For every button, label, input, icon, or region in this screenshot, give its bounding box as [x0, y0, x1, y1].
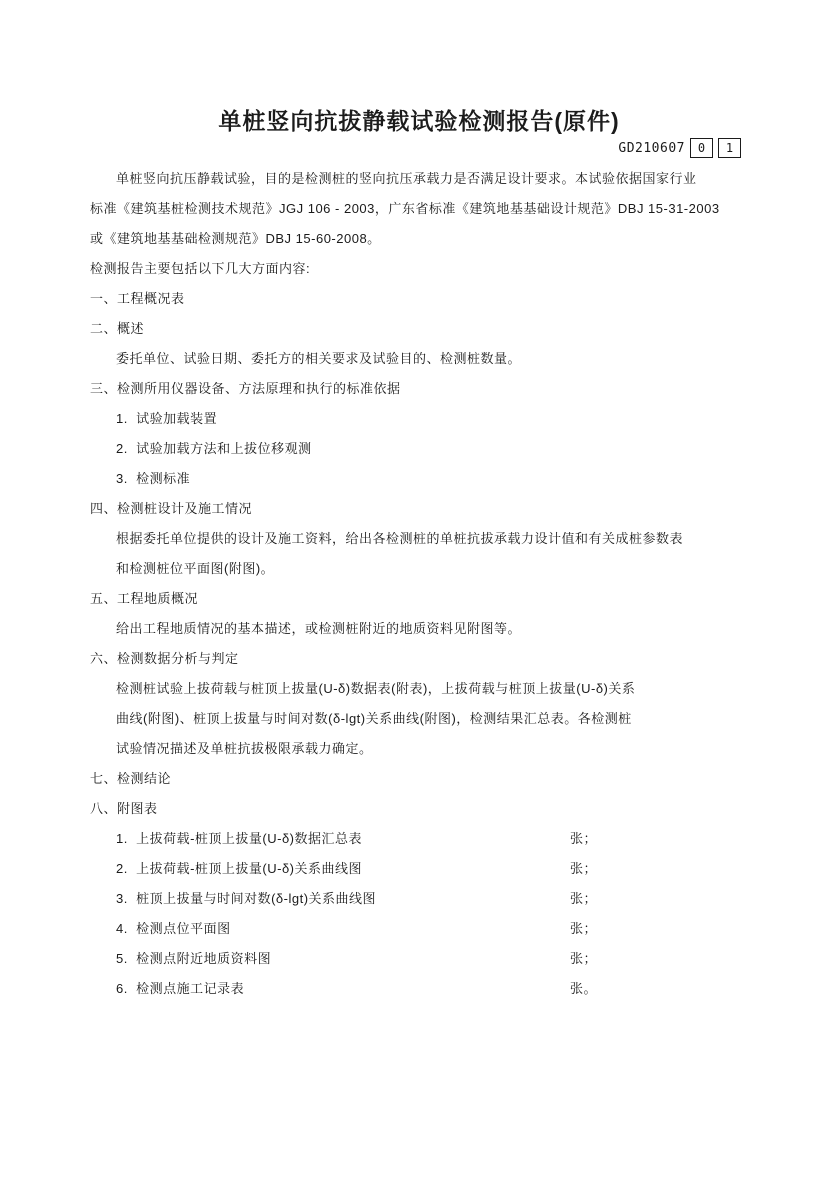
section-4-body-2: 和检测桩位平面图(附图)。 — [90, 552, 752, 582]
intro-line-1: 单桩竖向抗压静载试验，目的是检测桩的竖向抗压承载力是否满足设计要求。本试验依据国… — [90, 162, 752, 192]
report-number-box-right: 1 — [718, 138, 741, 158]
section-6-body-1: 检测桩试验上拔荷载与桩顶上拔量(U-δ)数据表(附表)，上拔荷载与桩顶上拔量(U… — [90, 672, 752, 702]
report-title: 单桩竖向抗拔静载试验检测报告(原件) — [0, 103, 838, 136]
contents-lead: 检测报告主要包括以下几大方面内容: — [90, 252, 752, 282]
attachment-label: 2. 上拔荷载-桩顶上拔量(U-δ)关系曲线图 — [116, 858, 362, 877]
intro-line-2: 标准《建筑基桩检测技术规范》JGJ 106 - 2003，广东省标准《建筑地基基… — [90, 192, 752, 222]
section-5-body: 给出工程地质情况的基本描述，或检测桩附近的地质资料见附图等。 — [90, 612, 752, 642]
report-number-code: GD210607 — [618, 141, 685, 156]
attachment-row: 1. 上拔荷载-桩顶上拔量(U-δ)数据汇总表 张； — [90, 822, 752, 852]
attachment-count: 张； — [570, 882, 597, 912]
section-2-heading: 二、概述 — [90, 312, 752, 342]
attachment-row: 3. 桩顶上拔量与时间对数(δ-lgt)关系曲线图 张； — [90, 882, 752, 912]
intro-line-3: 或《建筑地基基础检测规范》DBJ 15-60-2008。 — [90, 222, 752, 252]
section-6-body-3: 试验情况描述及单桩抗拔极限承载力确定。 — [90, 732, 752, 762]
report-body: 单桩竖向抗压静载试验，目的是检测桩的竖向抗压承载力是否满足设计要求。本试验依据国… — [90, 162, 752, 1002]
attachment-row: 4. 检测点位平面图 张； — [90, 912, 752, 942]
section-4-body-1: 根据委托单位提供的设计及施工资料，给出各检测桩的单桩抗拔承载力设计值和有关成桩参… — [90, 522, 752, 552]
section-7-heading: 七、检测结论 — [90, 762, 752, 792]
report-page: 单桩竖向抗拔静载试验检测报告(原件) GD210607 0 1 单桩竖向抗压静载… — [0, 0, 838, 1186]
section-6-body-2: 曲线(附图)、桩顶上拔量与时间对数(δ-lgt)关系曲线(附图)，检测结果汇总表… — [90, 702, 752, 732]
attachment-label: 1. 上拔荷载-桩顶上拔量(U-δ)数据汇总表 — [116, 828, 362, 847]
attachment-count: 张； — [570, 852, 597, 882]
attachment-count: 张。 — [570, 972, 597, 1002]
report-number-box-left: 0 — [690, 138, 713, 158]
attachment-row: 5. 检测点附近地质资料图 张； — [90, 942, 752, 972]
attachment-row: 6. 检测点施工记录表 张。 — [90, 972, 752, 1002]
attachment-label: 6. 检测点施工记录表 — [116, 978, 244, 997]
section-3-item-2: 2. 试验加载方法和上拔位移观测 — [90, 432, 752, 462]
section-6-heading: 六、检测数据分析与判定 — [90, 642, 752, 672]
attachment-count: 张； — [570, 912, 597, 942]
section-2-body: 委托单位、试验日期、委托方的相关要求及试验目的、检测桩数量。 — [90, 342, 752, 372]
attachment-label: 3. 桩顶上拔量与时间对数(δ-lgt)关系曲线图 — [116, 888, 376, 907]
section-5-heading: 五、工程地质概况 — [90, 582, 752, 612]
section-4-heading: 四、检测桩设计及施工情况 — [90, 492, 752, 522]
section-3-item-3: 3. 检测标准 — [90, 462, 752, 492]
attachment-label: 4. 检测点位平面图 — [116, 918, 231, 937]
section-3-item-1: 1. 试验加载装置 — [90, 402, 752, 432]
report-number: GD210607 0 1 — [618, 138, 741, 158]
attachment-count: 张； — [570, 822, 597, 852]
section-8-heading: 八、附图表 — [90, 792, 752, 822]
attachment-row: 2. 上拔荷载-桩顶上拔量(U-δ)关系曲线图 张； — [90, 852, 752, 882]
attachment-count: 张； — [570, 942, 597, 972]
section-3-heading: 三、检测所用仪器设备、方法原理和执行的标准依据 — [90, 372, 752, 402]
section-1-heading: 一、工程概况表 — [90, 282, 752, 312]
attachment-label: 5. 检测点附近地质资料图 — [116, 948, 271, 967]
